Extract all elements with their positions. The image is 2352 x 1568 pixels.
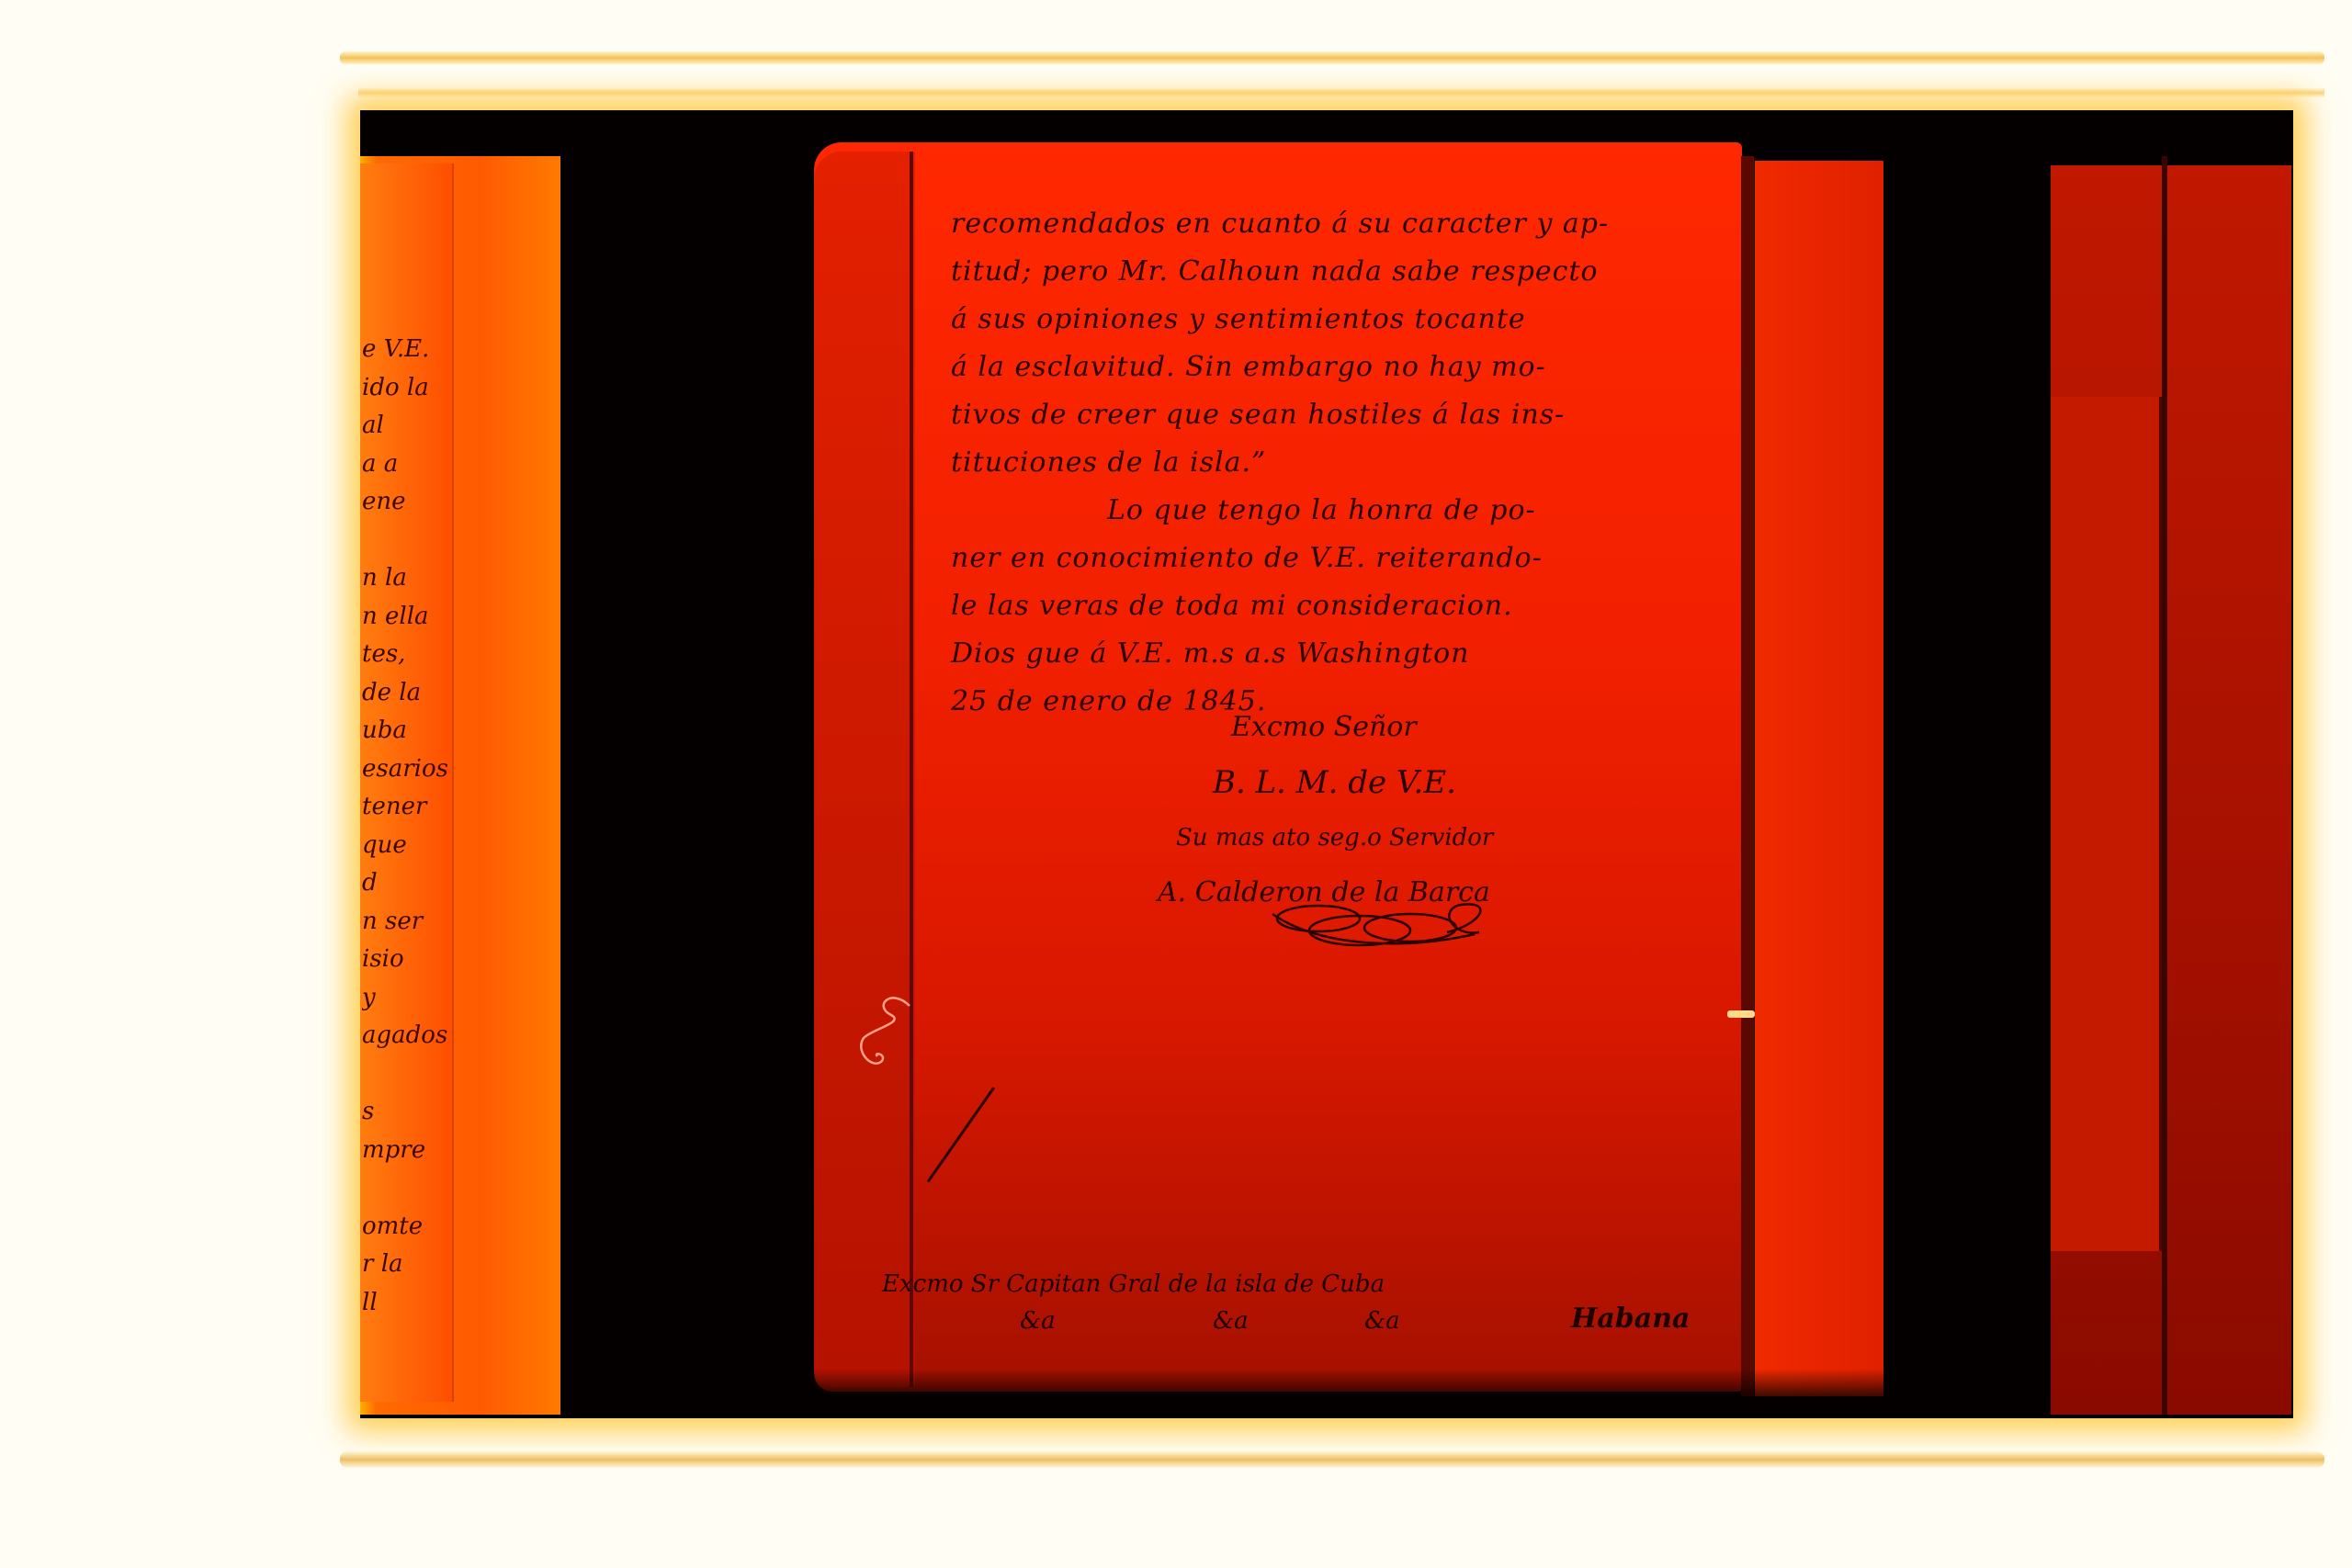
left-line: n la bbox=[362, 559, 463, 598]
left-line: a a bbox=[362, 446, 463, 484]
main-page-margin bbox=[814, 152, 915, 1387]
left-line: uba bbox=[362, 712, 463, 750]
left-line bbox=[362, 1169, 463, 1208]
left-line: esarios bbox=[362, 750, 463, 789]
body-line: recomendados en cuanto á su caracter y a… bbox=[951, 200, 1576, 248]
main-page-right-flap bbox=[1755, 161, 1883, 1396]
left-line: d bbox=[362, 864, 463, 903]
body-line: tituciones de la isla.” bbox=[951, 439, 1576, 487]
left-line: n ser bbox=[362, 903, 463, 942]
left-line: isio bbox=[362, 941, 463, 979]
left-line: tener bbox=[362, 788, 463, 827]
film-edge-bottom bbox=[340, 1451, 2324, 1468]
closing-line: Dios gue á V.E. m.s a.s Washington bbox=[951, 630, 1576, 678]
left-line: e V.E. bbox=[362, 331, 463, 369]
left-line: al bbox=[362, 407, 463, 446]
left-line: tes, bbox=[362, 636, 463, 674]
body-line: tivos de creer que sean hostiles á las i… bbox=[951, 391, 1576, 439]
address-line: Excmo Sr Capitan Gral de la isla de Cuba bbox=[882, 1270, 1635, 1307]
left-line: agados bbox=[362, 1017, 463, 1055]
right-page-inner-sheet bbox=[2051, 397, 2162, 1251]
closing-line: ner en conocimiento de V.E. reiterando- bbox=[951, 535, 1576, 582]
film-scratch-mark bbox=[854, 987, 928, 1079]
left-line: que bbox=[362, 827, 463, 865]
body-line: á sus opiniones y sentimientos tocante bbox=[951, 296, 1576, 344]
letter-body: recomendados en cuanto á su caracter y a… bbox=[951, 200, 1576, 726]
address-block: Excmo Sr Capitan Gral de la isla de Cuba… bbox=[882, 1270, 1635, 1344]
body-line: titud; pero Mr. Calhoun nada sabe respec… bbox=[951, 248, 1576, 296]
blm-formula: B. L. M. de V.E. bbox=[1158, 755, 1543, 810]
left-line bbox=[362, 1055, 463, 1094]
left-line: omte bbox=[362, 1208, 463, 1247]
left-line: s bbox=[362, 1093, 463, 1132]
main-page-binding-fold bbox=[1741, 156, 1754, 1396]
left-line: mpre bbox=[362, 1132, 463, 1170]
left-line: ido la bbox=[362, 369, 463, 408]
film-speck bbox=[1727, 1010, 1755, 1018]
left-line: ll bbox=[362, 1284, 463, 1323]
main-page-fold-line bbox=[910, 152, 913, 1387]
film-edge-top-inner bbox=[358, 88, 2324, 97]
signature-block: Excmo Señor B. L. M. de V.E. Su mas ato … bbox=[1158, 700, 1543, 920]
left-line: n ella bbox=[362, 598, 463, 637]
left-line: de la bbox=[362, 674, 463, 713]
left-page-text: e V.E. ido la al a a ene n la n ella tes… bbox=[362, 331, 463, 1322]
address-subscript: &a bbox=[1364, 1307, 1400, 1335]
address-city: Habana bbox=[1571, 1303, 1690, 1335]
signature-flourish-icon bbox=[1263, 896, 1502, 960]
closing-line: Lo que tengo la honra de po- bbox=[951, 487, 1576, 535]
left-line: r la bbox=[362, 1246, 463, 1284]
servant-formula: Su mas ato seg.o Servidor bbox=[1158, 810, 1543, 865]
page-bottom-shadow bbox=[814, 1369, 1889, 1415]
right-page-fold-line bbox=[2162, 156, 2167, 1415]
left-line: ene bbox=[362, 483, 463, 522]
address-subscript: &a bbox=[1213, 1307, 1249, 1335]
address-subscripts: &a &a &a bbox=[882, 1307, 1635, 1344]
left-line bbox=[362, 522, 463, 560]
body-line: á la esclavitud. Sin embargo no hay mo- bbox=[951, 344, 1576, 391]
closing-line: le las veras de toda mi consideracion. bbox=[951, 582, 1576, 630]
salutation: Excmo Señor bbox=[1158, 700, 1543, 755]
address-subscript: &a bbox=[1020, 1307, 1056, 1335]
left-line: y bbox=[362, 979, 463, 1018]
film-edge-top bbox=[340, 51, 2324, 64]
